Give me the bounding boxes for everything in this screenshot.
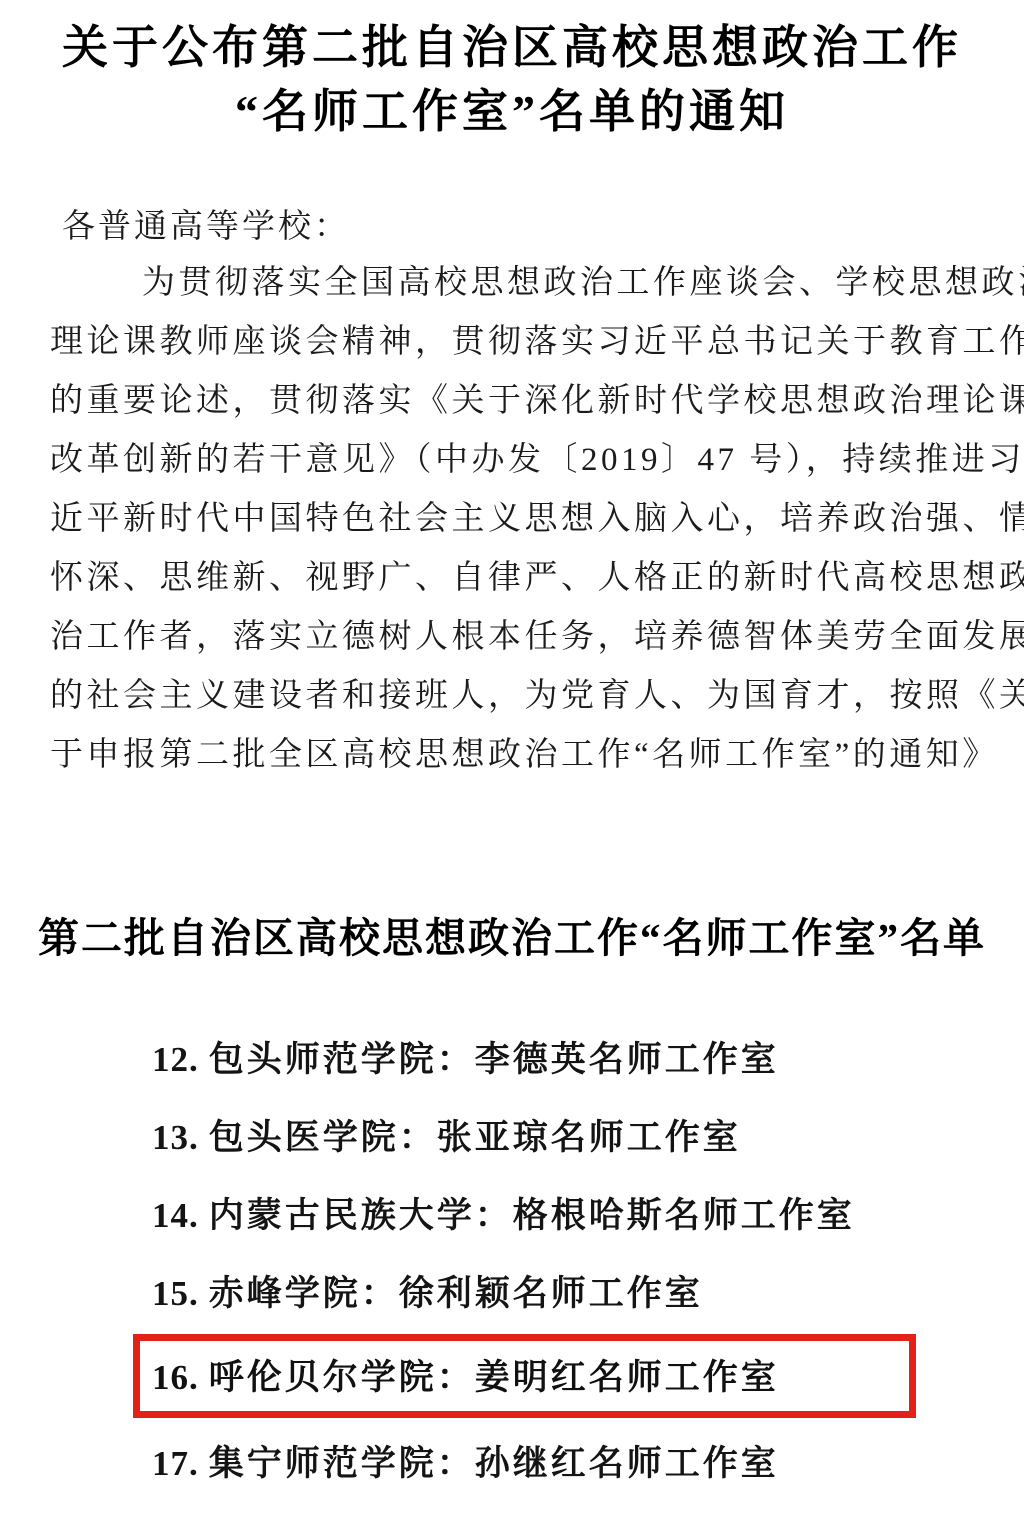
item-text: 集宁师范学院：孙继红名师工作室 — [209, 1444, 779, 1483]
item-text: 呼伦贝尔学院：姜明红名师工作室 — [209, 1358, 779, 1397]
body-line: 的重要论述，贯彻落实《关于深化新时代学校思想政治理论课 — [50, 372, 980, 431]
salutation: 各普通高等学校： — [62, 200, 350, 247]
item-number: 16. — [152, 1358, 199, 1397]
body-line: 治工作者，落实立德树人根本任务，培养德智体美劳全面发展 — [50, 608, 980, 667]
list-row: 12.包头师范学院：李德英名师工作室 — [152, 1018, 916, 1096]
body-line: 改革创新的若干意见》（中办发〔2019〕47 号），持续推进习 — [50, 431, 980, 490]
item-number: 15. — [152, 1274, 199, 1313]
list-item: 17.集宁师范学院：孙继红名师工作室 — [152, 1436, 779, 1486]
item-number: 14. — [152, 1196, 199, 1235]
list-row: 15.赤峰学院：徐利颖名师工作室 — [152, 1252, 916, 1330]
body-line: 近平新时代中国特色社会主义思想入脑入心，培养政治强、情 — [50, 490, 980, 549]
body-line: 的社会主义建设者和接班人，为党育人、为国育才，按照《关 — [50, 667, 980, 726]
workshop-list: 12.包头师范学院：李德英名师工作室 13.包头医学院：张亚琼名师工作室 14.… — [152, 1018, 916, 1500]
highlight-box: 16.呼伦贝尔学院：姜明红名师工作室 — [133, 1334, 916, 1418]
item-text: 包头医学院：张亚琼名师工作室 — [209, 1118, 741, 1157]
section-title: 第二批自治区高校思想政治工作“名师工作室”名单 — [0, 905, 1024, 964]
list-item: 15.赤峰学院：徐利颖名师工作室 — [152, 1266, 703, 1316]
list-row: 13.包头医学院：张亚琼名师工作室 — [152, 1096, 916, 1174]
list-row: 17.集宁师范学院：孙继红名师工作室 — [152, 1422, 916, 1500]
item-number: 12. — [152, 1040, 199, 1079]
item-number: 17. — [152, 1444, 199, 1483]
body-line: 理论课教师座谈会精神，贯彻落实习近平总书记关于教育工作 — [50, 313, 980, 372]
notice-title-line2: “名师工作室”名单的通知 — [0, 80, 1024, 144]
body-line: 怀深、思维新、视野广、自律严、人格正的新时代高校思想政 — [50, 549, 980, 608]
item-text: 赤峰学院：徐利颖名师工作室 — [209, 1274, 703, 1313]
document-page: 关于公布第二批自治区高校思想政治工作 “名师工作室”名单的通知 各普通高等学校：… — [0, 0, 1024, 1521]
body-paragraph: 为贯彻落实全国高校思想政治工作座谈会、学校思想政治 理论课教师座谈会精神，贯彻落… — [50, 254, 980, 785]
item-number: 13. — [152, 1118, 199, 1157]
item-text: 内蒙古民族大学：格根哈斯名师工作室 — [209, 1196, 855, 1235]
item-text: 包头师范学院：李德英名师工作室 — [209, 1040, 779, 1079]
list-item-highlighted: 16.呼伦贝尔学院：姜明红名师工作室 — [152, 1350, 779, 1400]
list-item: 13.包头医学院：张亚琼名师工作室 — [152, 1110, 741, 1160]
body-line: 于申报第二批全区高校思想政治工作“名师工作室”的通知》 — [50, 726, 980, 785]
list-item: 14.内蒙古民族大学：格根哈斯名师工作室 — [152, 1188, 855, 1238]
notice-title-line1: 关于公布第二批自治区高校思想政治工作 — [0, 16, 1024, 80]
body-line: 为贯彻落实全国高校思想政治工作座谈会、学校思想政治 — [50, 254, 980, 313]
notice-title: 关于公布第二批自治区高校思想政治工作 “名师工作室”名单的通知 — [0, 16, 1024, 144]
list-item: 12.包头师范学院：李德英名师工作室 — [152, 1032, 779, 1082]
list-row: 16.呼伦贝尔学院：姜明红名师工作室 — [152, 1330, 916, 1422]
list-row: 14.内蒙古民族大学：格根哈斯名师工作室 — [152, 1174, 916, 1252]
